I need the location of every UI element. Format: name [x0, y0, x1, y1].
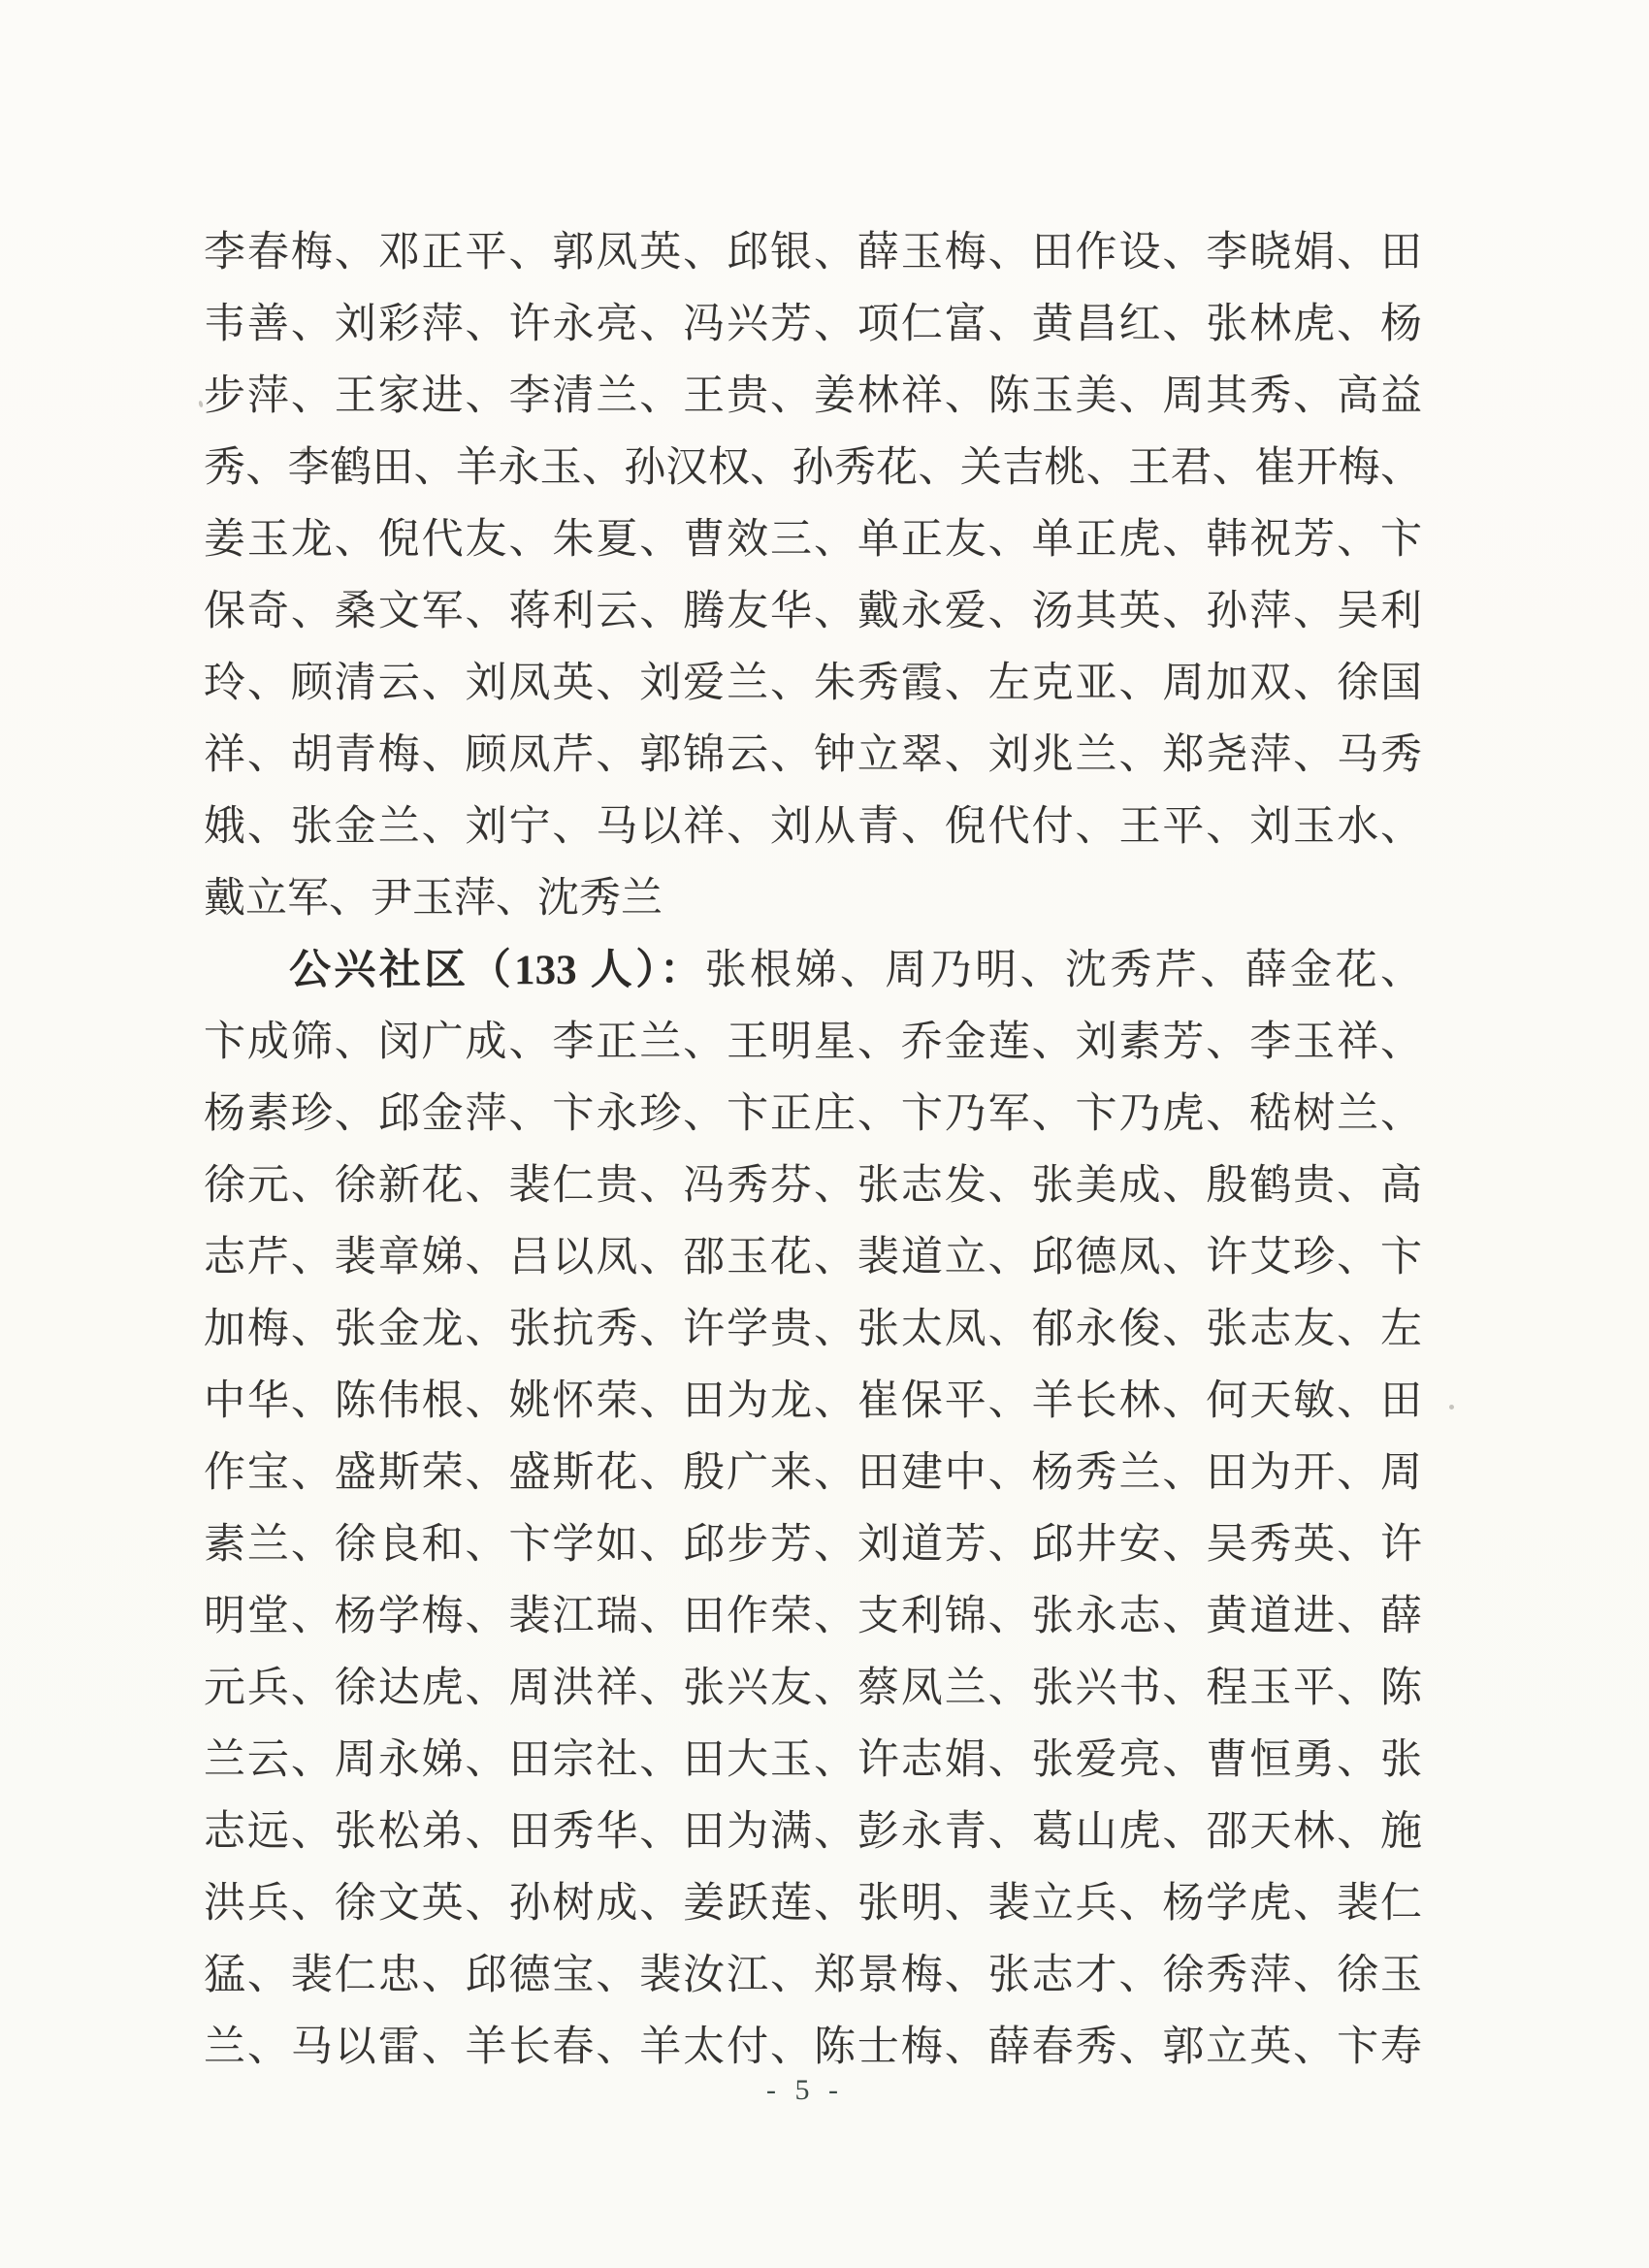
text-line: 明堂、杨学梅、裴江瑞、田作荣、支利锦、张永志、黄道进、薛 [204, 1581, 1422, 1653]
text-line: 徐元、徐新花、裴仁贵、冯秀芬、张志发、张美成、殷鹤贵、高 [204, 1150, 1422, 1222]
text-line: 兰云、周永娣、田宗社、田大玉、许志娟、张爱亮、曹恒勇、张 [204, 1725, 1422, 1797]
text-line: 元兵、徐达虎、周洪祥、张兴友、蔡凤兰、张兴书、程玉平、陈 [204, 1653, 1422, 1725]
text-line: 保奇、桑文军、蒋利云、腾友华、戴永爱、汤其英、孙萍、吴利 [204, 576, 1422, 648]
text-line: 李春梅、邓正平、郭凤英、邱银、薛玉梅、田作设、李晓娟、田 [204, 217, 1422, 289]
text-line: 作宝、盛斯荣、盛斯花、殷广来、田建中、杨秀兰、田为开、周 [204, 1438, 1422, 1509]
text-line: 杨素珍、邱金萍、卞永珍、卞正庄、卞乃军、卞乃虎、嵇树兰、 [204, 1079, 1422, 1150]
section-title: 公兴社区（133 人）： [289, 948, 705, 993]
text-line: 洪兵、徐文英、孙树成、姜跃莲、张明、裴立兵、杨学虎、裴仁 [204, 1868, 1422, 1940]
text-line: 戴立军、尹玉萍、沈秀兰 [204, 863, 1422, 935]
page-number: - 5 - [0, 2074, 1610, 2107]
text-line: 志远、张松弟、田秀华、田为满、彭永青、葛山虎、邵天林、施 [204, 1797, 1422, 1868]
scan-speck [198, 401, 204, 408]
section-first-names: 张根娣、周乃明、沈秀芹、薛金花、 [705, 948, 1422, 993]
text-line: 志芹、裴章娣、吕以凤、邵玉花、裴道立、邱德凤、许艾珍、卞 [204, 1222, 1422, 1294]
scan-speck [1449, 1405, 1454, 1409]
text-line: 玲、顾清云、刘凤英、刘爱兰、朱秀霞、左克亚、周加双、徐国 [204, 648, 1422, 720]
text-line: 祥、胡青梅、顾凤芹、郭锦云、钟立翠、刘兆兰、郑尧萍、马秀 [204, 720, 1422, 792]
section-heading-line: 公兴社区（133 人）：张根娣、周乃明、沈秀芹、薛金花、 [204, 935, 1422, 1007]
text-line: 秀、李鹤田、羊永玉、孙汉权、孙秀花、关吉桃、王君、崔开梅、 [204, 433, 1422, 504]
text-line: 中华、陈伟根、姚怀荣、田为龙、崔保平、羊长林、何天敏、田 [204, 1366, 1422, 1438]
text-line: 姜玉龙、倪代友、朱夏、曹效三、单正友、单正虎、韩祝芳、卞 [204, 504, 1422, 576]
text-line: 韦善、刘彩萍、许永亮、冯兴芳、项仁富、黄昌红、张林虎、杨 [204, 289, 1422, 361]
text-line: 兰、马以雷、羊长春、羊太付、陈士梅、薛春秀、郭立英、卞寿 [204, 2012, 1422, 2084]
name-list-text-block: 李春梅、邓正平、郭凤英、邱银、薛玉梅、田作设、李晓娟、田 韦善、刘彩萍、许永亮、… [204, 217, 1422, 2084]
text-line: 素兰、徐良和、卞学如、邱步芳、刘道芳、邱井安、吴秀英、许 [204, 1509, 1422, 1581]
text-line: 加梅、张金龙、张抗秀、许学贵、张太凤、郁永俊、张志友、左 [204, 1294, 1422, 1366]
text-line: 步萍、王家进、李清兰、王贵、姜林祥、陈玉美、周其秀、高益 [204, 361, 1422, 433]
scanned-document-page: 李春梅、邓正平、郭凤英、邱银、薛玉梅、田作设、李晓娟、田 韦善、刘彩萍、许永亮、… [0, 0, 1649, 2268]
text-line: 猛、裴仁忠、邱德宝、裴汝江、郑景梅、张志才、徐秀萍、徐玉 [204, 1940, 1422, 2012]
text-line: 卞成筛、闵广成、李正兰、王明星、乔金莲、刘素芳、李玉祥、 [204, 1007, 1422, 1079]
text-line: 娥、张金兰、刘宁、马以祥、刘从青、倪代付、王平、刘玉水、 [204, 792, 1422, 863]
